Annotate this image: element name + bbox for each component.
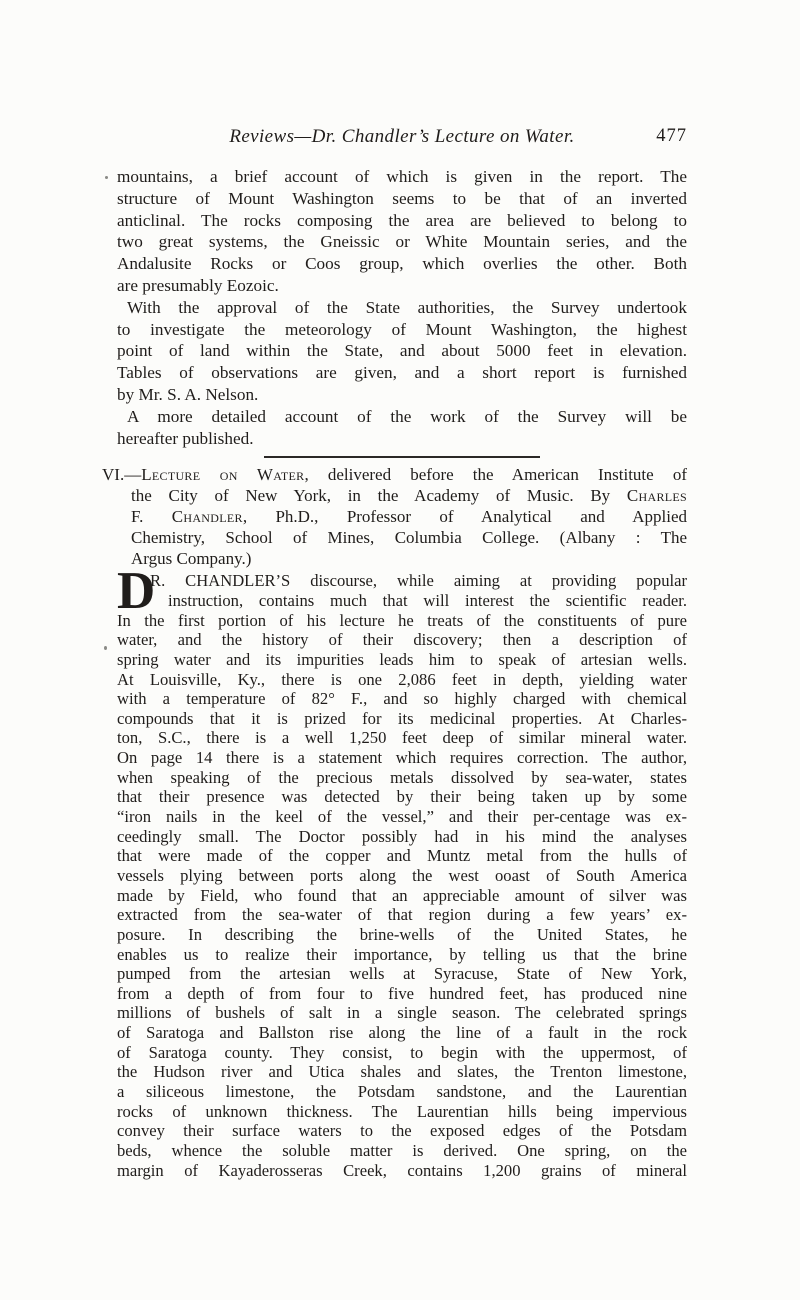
plain-text: VI.— [102,465,141,484]
text-line: “iron nails in the keel of the vessel,” … [117,807,687,827]
text-line: convey their surface waters to the expos… [117,1121,687,1141]
page-number: 477 [656,126,687,147]
text-line: rocks of unknown thickness. The Laurenti… [117,1102,687,1122]
text-line: ceedingly small. The Doctor possibly had… [117,827,687,847]
text-line: In the first portion of his lecture he t… [117,611,687,631]
plain-text: Chemistry, School of Mines, Columbia Col… [131,528,687,547]
text-line: beds, whence the soluble matter is deriv… [117,1141,687,1161]
running-header: Reviews—Dr. Chandler’s Lecture on Water.… [117,126,687,150]
text-line: hereafter published. [117,428,687,450]
text-line: the City of New York, in the Academy of … [131,485,687,506]
text-line: of Saratoga and Ballston rise along the … [117,1023,687,1043]
text-line: A more detailed account of the work of t… [117,406,687,428]
text-line: Andalusite Rocks or Coos group, which ov… [117,253,687,275]
text-line: that were made of the copper and Muntz m… [117,846,687,866]
text-line: VI.—Lecture on Water, delivered before t… [102,464,687,485]
text-line: with a temperature of 82° F., and so hig… [117,689,687,709]
text-line: vessels plying between ports along the w… [117,866,687,886]
scan-artifact-speck [105,176,108,179]
review-body: D R. CHANDLER’S discourse, while aiming … [117,571,687,1180]
text-line: posure. In describing the brine-wells of… [117,925,687,945]
previous-article-ending: mountains, a brief account of which is g… [117,166,687,449]
text-line: the Hudson river and Utica shales and sl… [117,1062,687,1082]
text-line: instruction, contains much that will int… [168,591,687,611]
text-line: ton, S.C., there is a well 1,250 feet de… [117,728,687,748]
scan-artifact-speck [104,646,107,650]
plain-text: F. [131,507,172,526]
text-line: spring water and its impurities leads hi… [117,650,687,670]
text-line: R. CHANDLER’S discourse, while aiming at… [150,571,687,591]
text-line: anticlinal. The rocks composing the area… [117,210,687,232]
text-line: that their presence was detected by thei… [117,787,687,807]
plain-text: the City of New York, in the Academy of … [131,486,627,505]
text-line: pumped from the artesian wells at Syracu… [117,964,687,984]
text-line: a siliceous limestone, the Potsdam sands… [117,1082,687,1102]
text-line: Chemistry, School of Mines, Columbia Col… [131,527,687,548]
text-line: Tables of observations are given, and a … [117,362,687,384]
plain-text: , delivered before the American Institut… [304,465,687,484]
text-line: when speaking of the precious metals dis… [117,768,687,788]
text-line: Argus Company.) [131,548,687,569]
scanned-journal-page: Reviews—Dr. Chandler’s Lecture on Water.… [0,0,800,1300]
text-line: water, and the history of their discover… [117,630,687,650]
dropcap-letter: D [117,572,155,610]
section-divider-rule [264,456,540,458]
article-heading: VI.—Lecture on Water, delivered before t… [117,464,687,569]
page-content: Reviews—Dr. Chandler’s Lecture on Water.… [117,126,687,1180]
text-line: made by Field, who found that an appreci… [117,886,687,906]
text-line: extracted from the sea-water of that reg… [117,905,687,925]
text-line: mountains, a brief account of which is g… [117,166,687,188]
text-line: enables us to realize their importance, … [117,945,687,965]
review-body-lines: R. CHANDLER’S discourse, while aiming at… [117,571,687,1180]
text-line: are presumably Eozoic. [117,275,687,297]
plain-text: , Ph.D., Professor of Analytical and App… [243,507,687,526]
text-line: At Louisville, Ky., there is one 2,086 f… [117,670,687,690]
text-line: millions of bushels of salt in a single … [117,1003,687,1023]
text-line: margin of Kayaderosseras Creek, contains… [117,1161,687,1181]
text-line: by Mr. S. A. Nelson. [117,384,687,406]
text-line: compounds that it is prized for its medi… [117,709,687,729]
smallcaps-text: Chandler [172,507,243,526]
text-line: of Saratoga county. They consist, to beg… [117,1043,687,1063]
smallcaps-text: Charles [627,486,687,505]
text-line: F. Chandler, Ph.D., Professor of Analyti… [131,506,687,527]
text-line: On page 14 there is a statement which re… [117,748,687,768]
text-line: from a depth of from four to five hundre… [117,984,687,1004]
text-line: to investigate the meteorology of Mount … [117,319,687,341]
text-line: point of land within the State, and abou… [117,340,687,362]
text-line: structure of Mount Washington seems to b… [117,188,687,210]
text-line: two great systems, the Gneissic or White… [117,231,687,253]
smallcaps-text: Lecture on Water [141,465,304,484]
header-title: Reviews—Dr. Chandler’s Lecture on Water. [229,126,574,147]
text-line: With the approval of the State authoriti… [117,297,687,319]
